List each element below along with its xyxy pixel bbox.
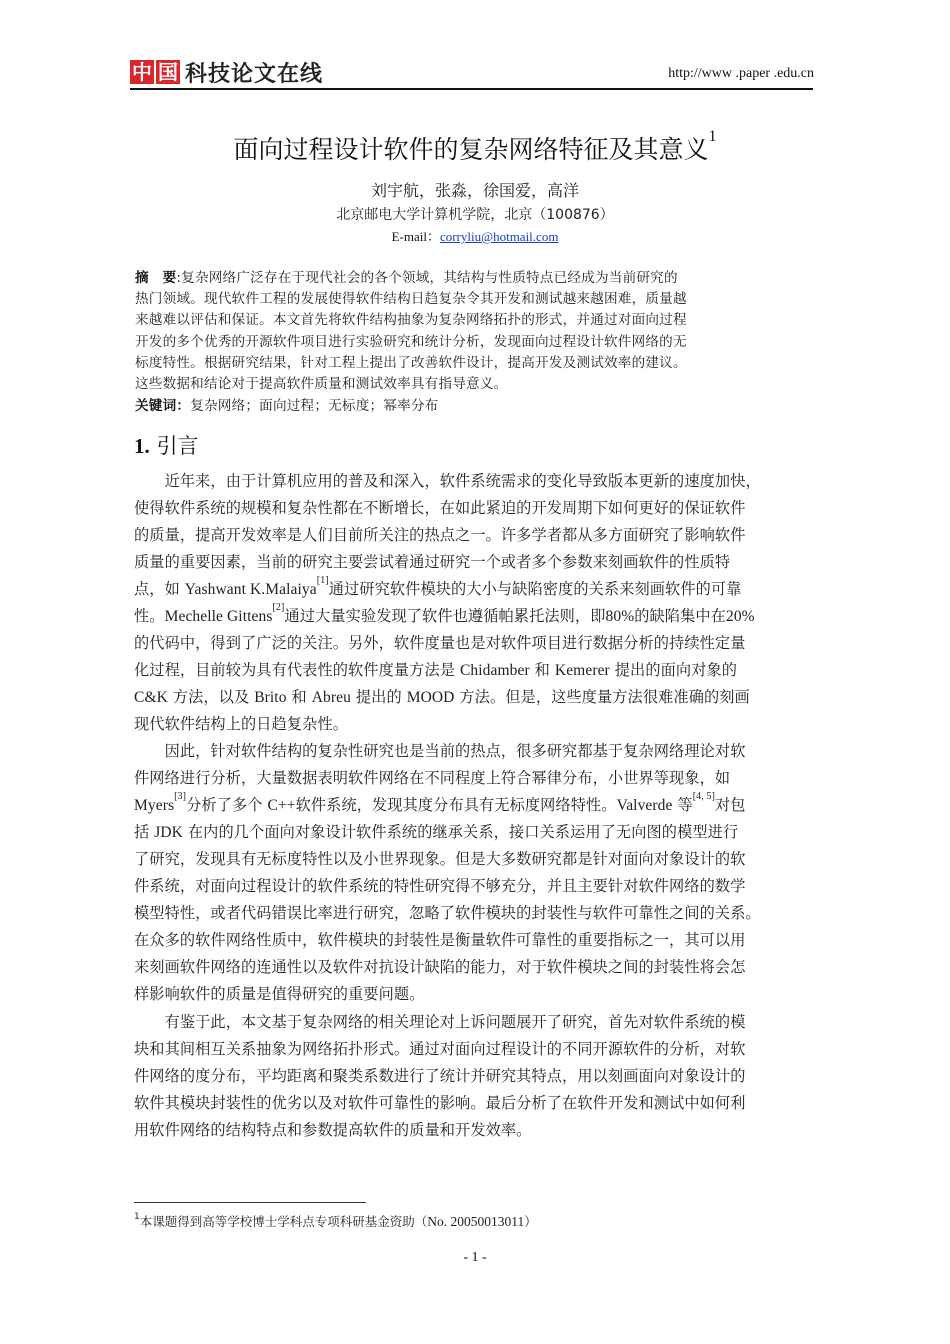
title-footnote-mark[interactable]: 1 <box>709 128 717 145</box>
body-line: 块和其间相互关系抽象为网络拓扑形式。通过对面向过程设计的不同开源软件的分析，对软 <box>134 1038 746 1059</box>
body-line: 的质量，提高开发效率是人们目前所关注的热点之一。许多学者都从多方面研究了影响软件 <box>134 524 746 545</box>
keywords-line: 关键词：复杂网络；面向过程；无标度；幂率分布 <box>135 394 438 414</box>
footnote: 1本课题得到高等学校博士学科点专项科研基金资助（No. 20050013011） <box>134 1212 537 1230</box>
citation-1[interactable]: [1] <box>317 575 329 586</box>
email-link[interactable]: corryliu@hotmail.com <box>440 229 558 244</box>
abstract-label: 摘 要 <box>135 270 176 286</box>
keywords-label: 关键词： <box>135 398 190 414</box>
body-line: 的代码中，得到了广泛的关注。另外，软件度量也是对软件项目进行数据分析的持续性定量 <box>134 632 746 653</box>
abstract-line-3: 来越难以评估和保证。本文首先将软件结构抽象为复杂网络拓扑的形式，并通过对面向过程 <box>135 308 687 328</box>
section-heading: 1. 引言 <box>134 430 198 460</box>
header-rule <box>130 88 813 90</box>
body-line: 用软件网络的结构特点和参数提高软件的质量和开发效率。 <box>134 1119 531 1140</box>
footnote-rule <box>134 1202 366 1203</box>
body-line: Myers[3]分析了多个 C++软件系统，发现其度分布具有无标度网络特性。Va… <box>134 794 746 815</box>
title-text: 面向过程设计软件的复杂网络特征及其意义 <box>233 135 708 164</box>
body-line: C&K 方法，以及 Brito 和 Abreu 提出的 MOOD 方法。但是，这… <box>134 686 750 707</box>
citation-3[interactable]: [3] <box>174 791 186 802</box>
body-line: 现代软件结构上的日趋复杂性。 <box>134 713 348 734</box>
keywords: 复杂网络；面向过程；无标度；幂率分布 <box>190 398 438 414</box>
logo-text: 科技论文在线 <box>185 57 323 88</box>
affiliation: 北京邮电大学计算机学院，北京（100876） <box>0 204 950 224</box>
abstract-text: :复杂网络广泛存在于现代社会的各个领域，其结构与性质特点已经成为当前研究的 <box>176 270 677 286</box>
body-line: 使得软件系统的规模和复杂性都在不断增长，在如此紧迫的开发周期下如何更好的保证软件 <box>134 497 746 518</box>
citation-2[interactable]: [2] <box>273 602 285 613</box>
body-line: 在众多的软件网络性质中，软件模块的封装性是衡量软件可靠性的重要指标之一，其可以用 <box>134 929 746 950</box>
body-line: 件网络进行分析，大量数据表明软件网络在不同程度上符合幂律分布，小世界等现象，如 <box>134 767 730 788</box>
paper-title: 面向过程设计软件的复杂网络特征及其意义1 <box>0 130 950 166</box>
section-title: 引言 <box>156 434 198 458</box>
body-line: 了研究，发现具有无标度特性以及小世界现象。但是大多数研究都是针对面向对象设计的软 <box>134 848 746 869</box>
page-number: - 1 - <box>0 1250 950 1266</box>
body-line: 有鉴于此，本文基于复杂网络的相关理论对上诉问题展开了研究，首先对软件系统的模 <box>134 1011 746 1032</box>
header-url[interactable]: http://www .paper .edu.cn <box>668 66 814 82</box>
logo-char-2: 国 <box>156 60 180 84</box>
body-line: 件网络的度分布，平均距离和聚类系数进行了统计并研究其特点，用以刻画面向对象设计的 <box>134 1065 746 1086</box>
abstract-line-1: 摘 要:复杂网络广泛存在于现代社会的各个领域，其结构与性质特点已经成为当前研究的 <box>135 266 678 286</box>
abstract-line-5: 标度特性。根据研究结果，针对工程上提出了改善软件设计，提高开发及测试效率的建议。 <box>135 351 687 371</box>
body-line: 性。Mechelle Gittens[2]通过大量实验发现了软件也遵循帕累托法则… <box>134 605 755 626</box>
body-line: 件系统，对面向过程设计的软件系统的特性研究得不够充分，并且主要针对软件网络的数学 <box>134 875 746 896</box>
body-line: 模型特性，或者代码错误比率进行研究，忽略了软件模块的封装性与软件可靠性之间的关系… <box>134 902 761 923</box>
body-line: 来刻画软件网络的连通性以及软件对抗设计缺陷的能力，对于软件模块之间的封装性将会怎 <box>134 956 746 977</box>
logo-char-1: 中 <box>130 60 154 84</box>
body-line: 化过程，目前较为具有代表性的软件度量方法是 Chidamber 和 Kemere… <box>134 659 737 680</box>
site-logo: 中 国 科技论文在线 <box>130 58 323 86</box>
abstract-line-4: 开发的多个优秀的开源软件项目进行实验研究和统计分析，发现面向过程设计软件网络的无 <box>135 330 687 350</box>
citation-4-5[interactable]: [4, 5] <box>693 791 715 802</box>
email-line: E-mail：corryliu@hotmail.com <box>0 226 950 245</box>
body-line: 因此，针对软件结构的复杂性研究也是当前的热点，很多研究都基于复杂网络理论对软 <box>134 740 746 761</box>
body-line: 近年来，由于计算机应用的普及和深入，软件系统需求的变化导致版本更新的速度加快， <box>134 470 761 491</box>
authors: 刘宇航，张淼，徐国爱，高洋 <box>0 178 950 201</box>
grant-number: No. 20050013011 <box>427 1214 524 1229</box>
body-line: 点，如 Yashwant K.Malaiya[1]通过研究软件模块的大小与缺陷密… <box>134 578 742 599</box>
abstract-line-2: 热门领域。现代软件工程的发展使得软件结构日趋复杂令其开发和测试越来越困难，质量越 <box>135 287 687 307</box>
body-line: 质量的重要因素，当前的研究主要尝试着通过研究一个或者多个参数来刻画软件的性质特 <box>134 551 730 572</box>
body-line: 括 JDK 在内的几个面向对象设计软件系统的继承关系，接口关系运用了无向图的模型… <box>134 821 738 842</box>
body-line: 样影响软件的质量是值得研究的重要问题。 <box>134 983 424 1004</box>
email-label: E-mail： <box>392 229 440 244</box>
section-number: 1. <box>134 434 150 458</box>
body-line: 软件其模块封装性的优劣以及对软件可靠性的影响。最后分析了在软件开发和测试中如何利 <box>134 1092 746 1113</box>
abstract-line-6: 这些数据和结论对于提高软件质量和测试效率具有指导意义。 <box>135 372 507 392</box>
